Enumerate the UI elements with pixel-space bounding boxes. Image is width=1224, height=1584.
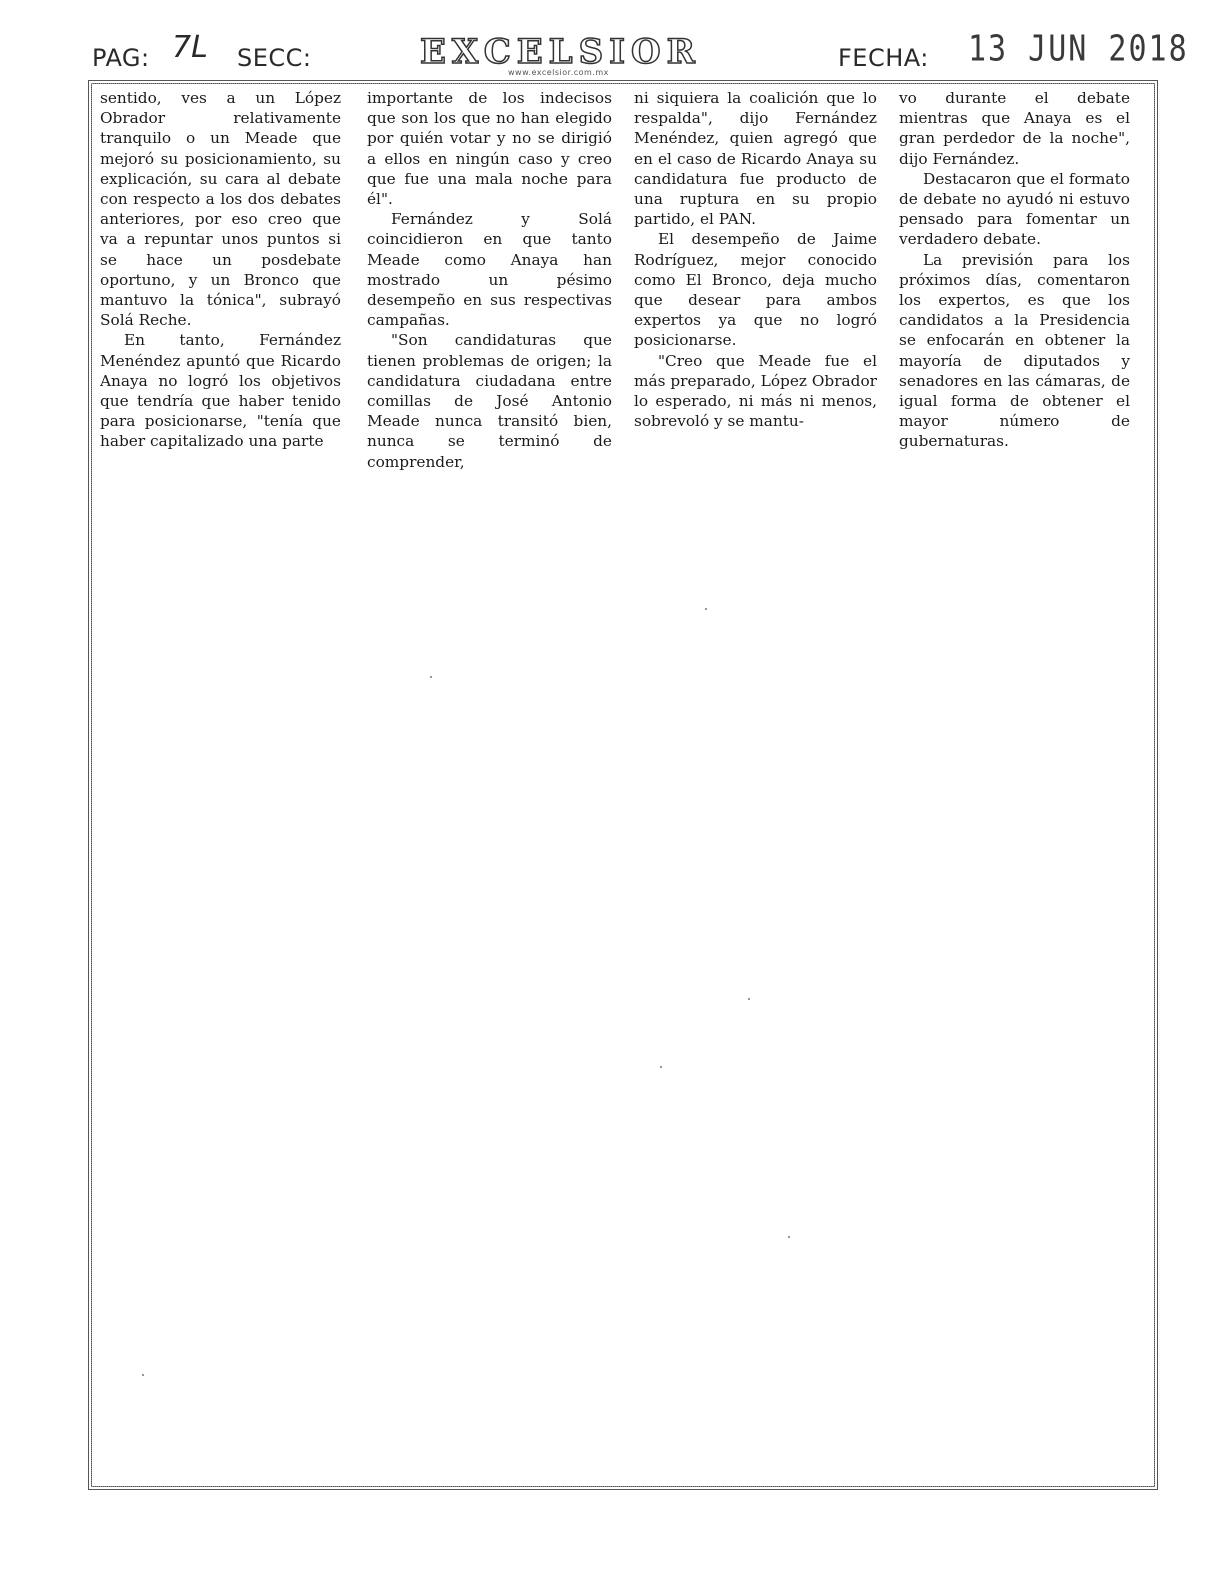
article-column-3: ni siquiera la coalición que lo respalda… [634,88,877,472]
newspaper-logo: EXCELSIOR [420,32,701,72]
article-columns: sentido, ves a un López Obrador relativa… [100,88,1130,472]
paragraph: La previsión para los próximos días, com… [899,250,1130,452]
paragraph: "Son candidaturas que tienen problemas d… [367,330,612,471]
scan-speck [430,676,432,678]
paragraph: sentido, ves a un López Obrador relativa… [100,88,341,330]
scan-speck [705,608,707,610]
paragraph: importante de los indecisos que son los … [367,88,612,209]
date-label: FECHA: [838,44,929,72]
scan-speck [788,1236,790,1238]
paragraph: En tanto, Fernández Menéndez apuntó que … [100,330,341,451]
paragraph: El desempeño de Jaime Rodríguez, mejor c… [634,229,877,350]
paragraph: Fernández y Solá coincidieron en que tan… [367,209,612,330]
paragraph: vo durante el debate mientras que Anaya … [899,88,1130,169]
page-number-handwritten: 7L [172,30,208,65]
clipping-header: PAG: 7L SECC: EXCELSIOR www.excelsior.co… [0,0,1224,80]
paragraph: "Creo que Meade fue el más preparado, Ló… [634,351,877,432]
article-column-4: vo durante el debate mientras que Anaya … [899,88,1130,472]
article-column-1: sentido, ves a un López Obrador relativa… [100,88,341,472]
scan-speck [142,1374,144,1376]
date-stamp: 13 JUN 2018 [968,28,1189,70]
article-column-2: importante de los indecisos que son los … [367,88,612,472]
scan-speck [1048,424,1050,426]
scan-speck [660,1066,662,1068]
paragraph: ni siquiera la coalición que lo respalda… [634,88,877,229]
page-label: PAG: [92,44,150,72]
newspaper-url: www.excelsior.com.mx [508,68,609,77]
scan-speck [748,998,750,1000]
paragraph: Destacaron que el formato de debate no a… [899,169,1130,250]
section-label: SECC: [237,44,312,72]
